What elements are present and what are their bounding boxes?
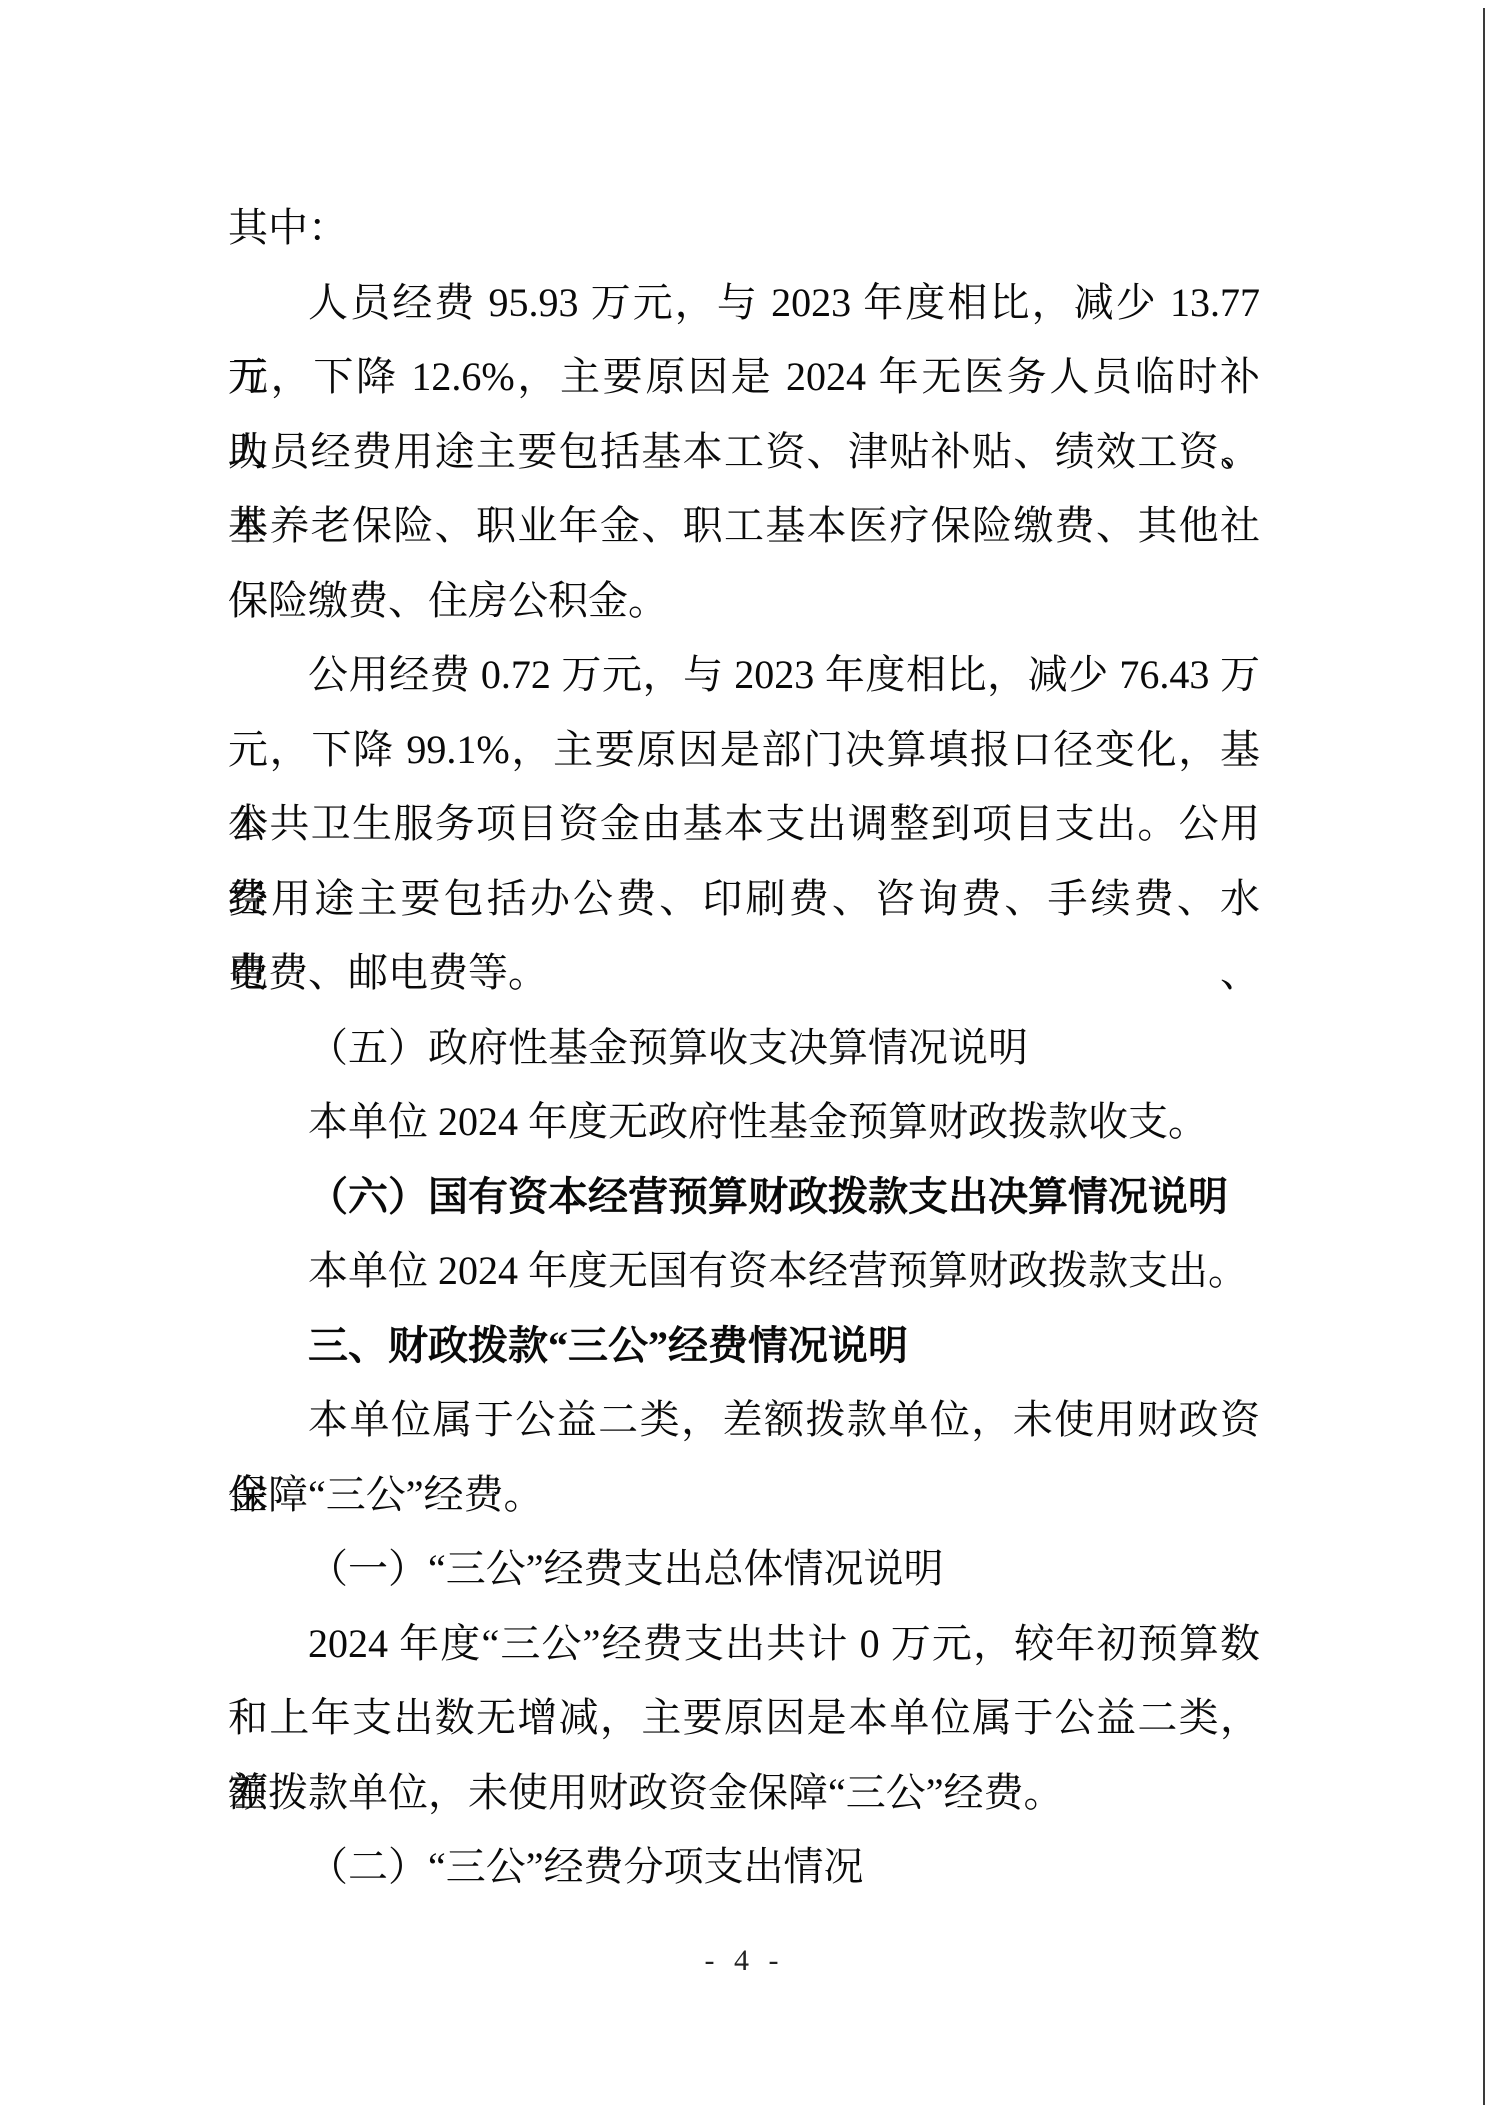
text-line-sangong-intro-1: 本单位属于公益二类，差额拨款单位，未使用财政资金	[228, 1383, 1260, 1458]
text-line-personnel-funds-2: 元，下降 12.6%，主要原因是 2024 年无医务人员临时补助。	[228, 340, 1260, 415]
text-line-no-state-capital: 本单位 2024 年度无国有资本经营预算财政拨款支出。	[228, 1234, 1260, 1309]
section-heading-2-sangong-items: （二）“三公”经费分项支出情况	[228, 1830, 1260, 1905]
text-line-public-funds-1: 公用经费 0.72 万元，与 2023 年度相比，减少 76.43 万	[228, 638, 1260, 713]
text-line-no-gov-fund-budget: 本单位 2024 年度无政府性基金预算财政拨款收支。	[228, 1085, 1260, 1160]
document-page: 其中： 人员经费 95.93 万元，与 2023 年度相比，减少 13.77 万…	[0, 0, 1489, 2105]
text-line-personnel-funds-1: 人员经费 95.93 万元，与 2023 年度相比，减少 13.77 万	[228, 266, 1260, 341]
text-line-public-funds-3: 公共卫生服务项目资金由基本支出调整到项目支出。公用经	[228, 787, 1260, 862]
page-edge-line	[1483, 8, 1485, 2105]
text-line-sangong-total-2: 和上年支出数无增减，主要原因是本单位属于公益二类，差	[228, 1681, 1260, 1756]
page-number: - 4 -	[0, 1938, 1489, 1984]
text-line-personnel-funds-5: 保险缴费、住房公积金。	[228, 564, 1260, 639]
text-line-sangong-total-3: 额拨款单位，未使用财政资金保障“三公”经费。	[228, 1756, 1260, 1831]
text-line-public-funds-2: 元，下降 99.1%，主要原因是部门决算填报口径变化，基本	[228, 713, 1260, 788]
section-heading-1-sangong-overall: （一）“三公”经费支出总体情况说明	[228, 1532, 1260, 1607]
text-line-personnel-funds-4: 本养老保险、职业年金、职工基本医疗保险缴费、其他社保	[228, 489, 1260, 564]
text-line-personnel-funds-3: 人员经费用途主要包括基本工资、津贴补贴、绩效工资、基	[228, 415, 1260, 490]
text-line-public-funds-4: 费用途主要包括办公费、印刷费、咨询费、手续费、水费、	[228, 862, 1260, 937]
text-line-qizhong: 其中：	[228, 191, 1260, 266]
section-heading-3-sangong: 三、财政拨款“三公”经费情况说明	[228, 1309, 1260, 1384]
section-heading-6-state-capital: （六）国有资本经营预算财政拨款支出决算情况说明	[228, 1160, 1260, 1235]
text-line-sangong-intro-2: 保障“三公”经费。	[228, 1458, 1260, 1533]
text-column: 其中： 人员经费 95.93 万元，与 2023 年度相比，减少 13.77 万…	[228, 191, 1260, 1905]
text-line-sangong-total-1: 2024 年度“三公”经费支出共计 0 万元，较年初预算数	[228, 1607, 1260, 1682]
section-heading-5-gov-fund-budget: （五）政府性基金预算收支决算情况说明	[228, 1011, 1260, 1086]
